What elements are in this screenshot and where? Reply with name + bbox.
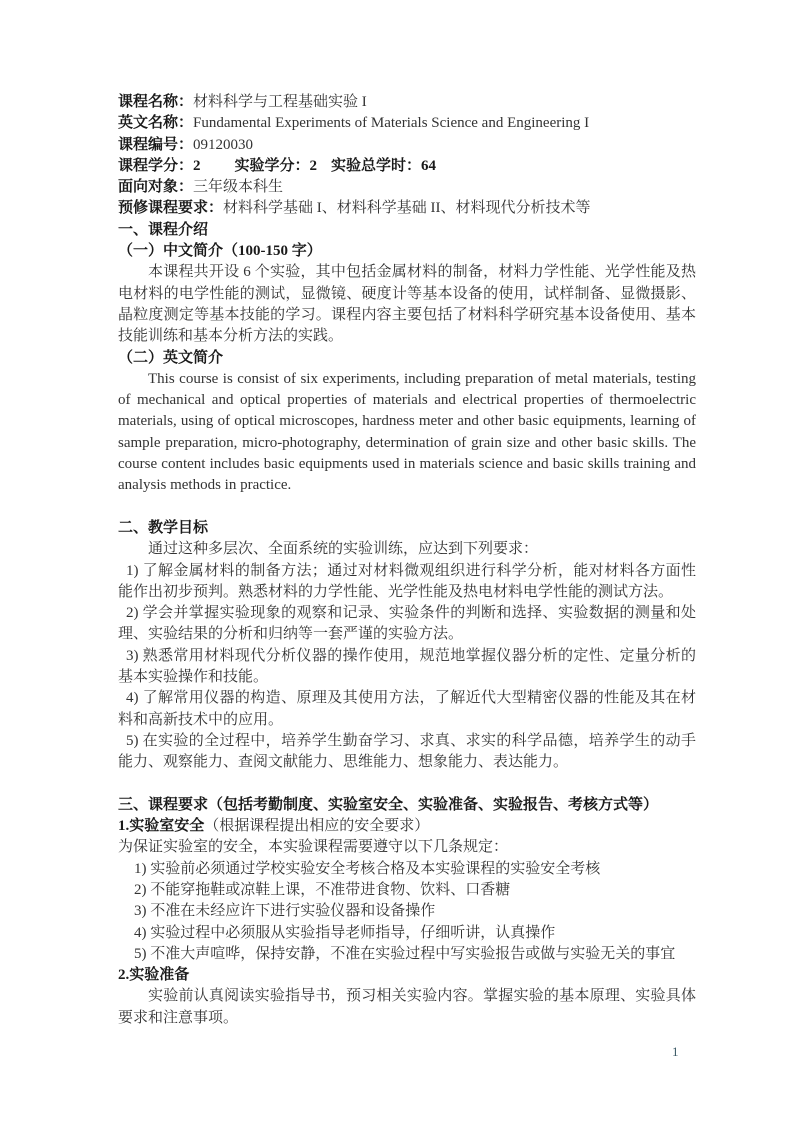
section2-title: 二、教学目标 (118, 518, 696, 539)
document-page: 课程名称：材料科学与工程基础实验 I 英文名称：Fundamental Expe… (0, 0, 800, 1131)
audience-line: 面向对象：三年级本科生 (118, 177, 696, 198)
document-content: 课程名称：材料科学与工程基础实验 I 英文名称：Fundamental Expe… (118, 92, 696, 1029)
course-code-value: 09120030 (193, 137, 253, 153)
section3-rule-4: 4) 实验过程中必须服从实验指导老师指导，仔细听讲，认真操作 (118, 923, 696, 944)
spacer (118, 497, 696, 518)
section1-title: 一、课程介绍 (118, 220, 696, 241)
section3-title: 三、课程要求（包括考勤制度、实验室安全、实验准备、实验报告、考核方式等） (118, 795, 696, 816)
section3-sub2-title: 2.实验准备 (118, 965, 696, 986)
section3-sub1-note: （根据课程提出相应的安全要求） (204, 818, 429, 834)
english-name-value: Fundamental Experiments of Materials Sci… (193, 115, 589, 131)
section3-rule-1: 1) 实验前必须通过学校实验安全考核合格及本实验课程的实验安全考核 (118, 859, 696, 880)
credits-line: 课程学分：2实验学分：2实验总学时：64 (118, 156, 696, 177)
section3-rule-3: 3) 不准在未经应许下进行实验仪器和设备操作 (118, 901, 696, 922)
section1-en-subtitle: （二）英文简介 (118, 348, 696, 369)
total-hours: 实验总学时：64 (331, 156, 436, 177)
course-name-label: 课程名称： (118, 94, 193, 110)
course-code-label: 课程编号： (118, 137, 193, 153)
audience-value: 三年级本科生 (193, 179, 283, 195)
section1-cn-text: 本课程共开设 6 个实验，其中包括金属材料的制备，材料力学性能、光学性能及热电材… (118, 262, 696, 347)
section2-item-2: 2) 学会并掌握实验现象的观察和记录、实验条件的判断和选择、实验数据的测量和处理… (118, 603, 696, 646)
course-code-line: 课程编号：09120030 (118, 135, 696, 156)
prereq-value: 材料科学基础 I、材料科学基础 II、材料现代分析技术等 (223, 200, 591, 216)
section1-en-text: This course is consist of six experiment… (118, 369, 696, 497)
section1-cn-subtitle: （一）中文简介（100-150 字） (118, 241, 696, 262)
audience-label: 面向对象： (118, 179, 193, 195)
english-name-label: 英文名称： (118, 115, 193, 131)
section3-sub1-line: 1.实验室安全（根据课程提出相应的安全要求） (118, 816, 696, 837)
english-name-line: 英文名称：Fundamental Experiments of Material… (118, 113, 696, 134)
section2-intro: 通过这种多层次、全面系统的实验训练，应达到下列要求： (118, 539, 696, 560)
course-name-line: 课程名称：材料科学与工程基础实验 I (118, 92, 696, 113)
prereq-line: 预修课程要求：材料科学基础 I、材料科学基础 II、材料现代分析技术等 (118, 198, 696, 219)
course-name-value: 材料科学与工程基础实验 I (193, 94, 367, 110)
course-credits: 课程学分：2 (118, 156, 201, 177)
section2-item-1: 1) 了解金属材料的制备方法；通过对材料微观组织进行科学分析，能对材料各方面性能… (118, 561, 696, 604)
section3-sub1-intro: 为保证实验室的安全，本实验课程需要遵守以下几条规定： (118, 837, 696, 858)
prereq-label: 预修课程要求： (118, 200, 223, 216)
section3-sub1-title: 1.实验室安全 (118, 818, 204, 834)
spacer (118, 774, 696, 795)
section2-item-4: 4) 了解常用仪器的构造、原理及其使用方法，了解近代大型精密仪器的性能及其在材料… (118, 688, 696, 731)
section3-rule-2: 2) 不能穿拖鞋或凉鞋上课，不准带进食物、饮料、口香糖 (118, 880, 696, 901)
section3-rule-5: 5) 不准大声喧哗，保持安静，不准在实验过程中写实验报告或做与实验无关的事宜 (118, 944, 696, 965)
section3-sub2-text: 实验前认真阅读实验指导书，预习相关实验内容。掌握实验的基本原理、实验具体要求和注… (118, 986, 696, 1029)
section2-item-3: 3) 熟悉常用材料现代分析仪器的操作使用，规范地掌握仪器分析的定性、定量分析的基… (118, 646, 696, 689)
section2-item-5: 5) 在实验的全过程中，培养学生勤奋学习、求真、求实的科学品德，培养学生的动手能… (118, 731, 696, 774)
page-number: 1 (672, 1044, 679, 1060)
lab-credits: 实验学分：2 (235, 156, 318, 177)
